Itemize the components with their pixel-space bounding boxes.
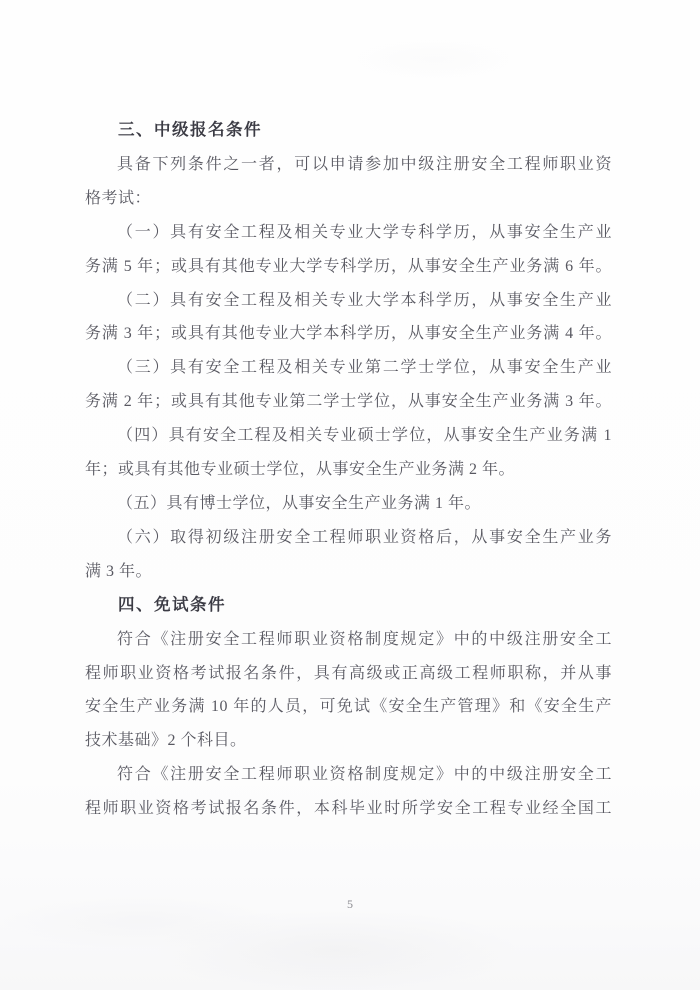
text-line: （二）具有安全工程及相关专业大学本科学历，从事安全生产业 — [85, 284, 612, 318]
text-line: 具备下列条件之一者，可以申请参加中级注册安全工程师职业资 — [85, 148, 612, 182]
doc-paragraph: （四）具有安全工程及相关专业硕士学位，从事安全生产业务满 1年；或具有其他专业硕… — [85, 419, 612, 487]
text-line: 四、免试条件 — [85, 589, 612, 623]
document-body: 三、中级报名条件具备下列条件之一者，可以申请参加中级注册安全工程师职业资格考试：… — [85, 114, 612, 826]
text-line: 符合《注册安全工程师职业资格制度规定》中的中级注册安全工 — [85, 623, 612, 657]
text-line: 技术基础》2 个科目。 — [85, 724, 612, 758]
text-line: 程师职业资格考试报名条件，具有高级或正高级工程师职称，并从事 — [85, 657, 612, 691]
text-line: 符合《注册安全工程师职业资格制度规定》中的中级注册安全工 — [85, 758, 612, 792]
doc-paragraph: （一）具有安全工程及相关专业大学专科学历，从事安全生产业务满 5 年；或具有其他… — [85, 216, 612, 284]
text-line: （四）具有安全工程及相关专业硕士学位，从事安全生产业务满 1 — [85, 419, 612, 453]
section-heading: 四、免试条件 — [85, 589, 612, 623]
doc-paragraph: （三）具有安全工程及相关专业第二学士学位，从事安全生产业务满 2 年；或具有其他… — [85, 351, 612, 419]
text-line: 三、中级报名条件 — [85, 114, 612, 148]
text-line: （五）具有博士学位，从事安全生产业务满 1 年。 — [85, 487, 612, 521]
text-line: （六）取得初级注册安全工程师职业资格后，从事安全生产业务 — [85, 521, 612, 555]
text-line: 满 3 年。 — [85, 555, 612, 589]
text-line: （三）具有安全工程及相关专业第二学士学位，从事安全生产业 — [85, 351, 612, 385]
text-line: 安全生产业务满 10 年的人员，可免试《安全生产管理》和《安全生产 — [85, 690, 612, 724]
section-heading: 三、中级报名条件 — [85, 114, 612, 148]
doc-paragraph: 符合《注册安全工程师职业资格制度规定》中的中级注册安全工程师职业资格考试报名条件… — [85, 623, 612, 759]
doc-paragraph: （五）具有博士学位，从事安全生产业务满 1 年。 — [85, 487, 612, 521]
doc-paragraph: 符合《注册安全工程师职业资格制度规定》中的中级注册安全工程师职业资格考试报名条件… — [85, 758, 612, 826]
document-page: 三、中级报名条件具备下列条件之一者，可以申请参加中级注册安全工程师职业资格考试：… — [0, 0, 700, 990]
text-line: 务满 3 年；或具有其他专业大学本科学历，从事安全生产业务满 4 年。 — [85, 317, 612, 351]
text-line: 务满 2 年；或具有其他专业第二学士学位，从事安全生产业务满 3 年。 — [85, 385, 612, 419]
doc-paragraph: 具备下列条件之一者，可以申请参加中级注册安全工程师职业资格考试： — [85, 148, 612, 216]
text-line: 程师职业资格考试报名条件，本科毕业时所学安全工程专业经全国工 — [85, 792, 612, 826]
text-line: 格考试： — [85, 182, 612, 216]
doc-paragraph: （二）具有安全工程及相关专业大学本科学历，从事安全生产业务满 3 年；或具有其他… — [85, 284, 612, 352]
text-line: 务满 5 年；或具有其他专业大学专科学历，从事安全生产业务满 6 年。 — [85, 250, 612, 284]
doc-paragraph: （六）取得初级注册安全工程师职业资格后，从事安全生产业务满 3 年。 — [85, 521, 612, 589]
page-number: 5 — [0, 897, 700, 912]
text-line: 年；或具有其他专业硕士学位，从事安全生产业务满 2 年。 — [85, 453, 612, 487]
text-line: （一）具有安全工程及相关专业大学专科学历，从事安全生产业 — [85, 216, 612, 250]
